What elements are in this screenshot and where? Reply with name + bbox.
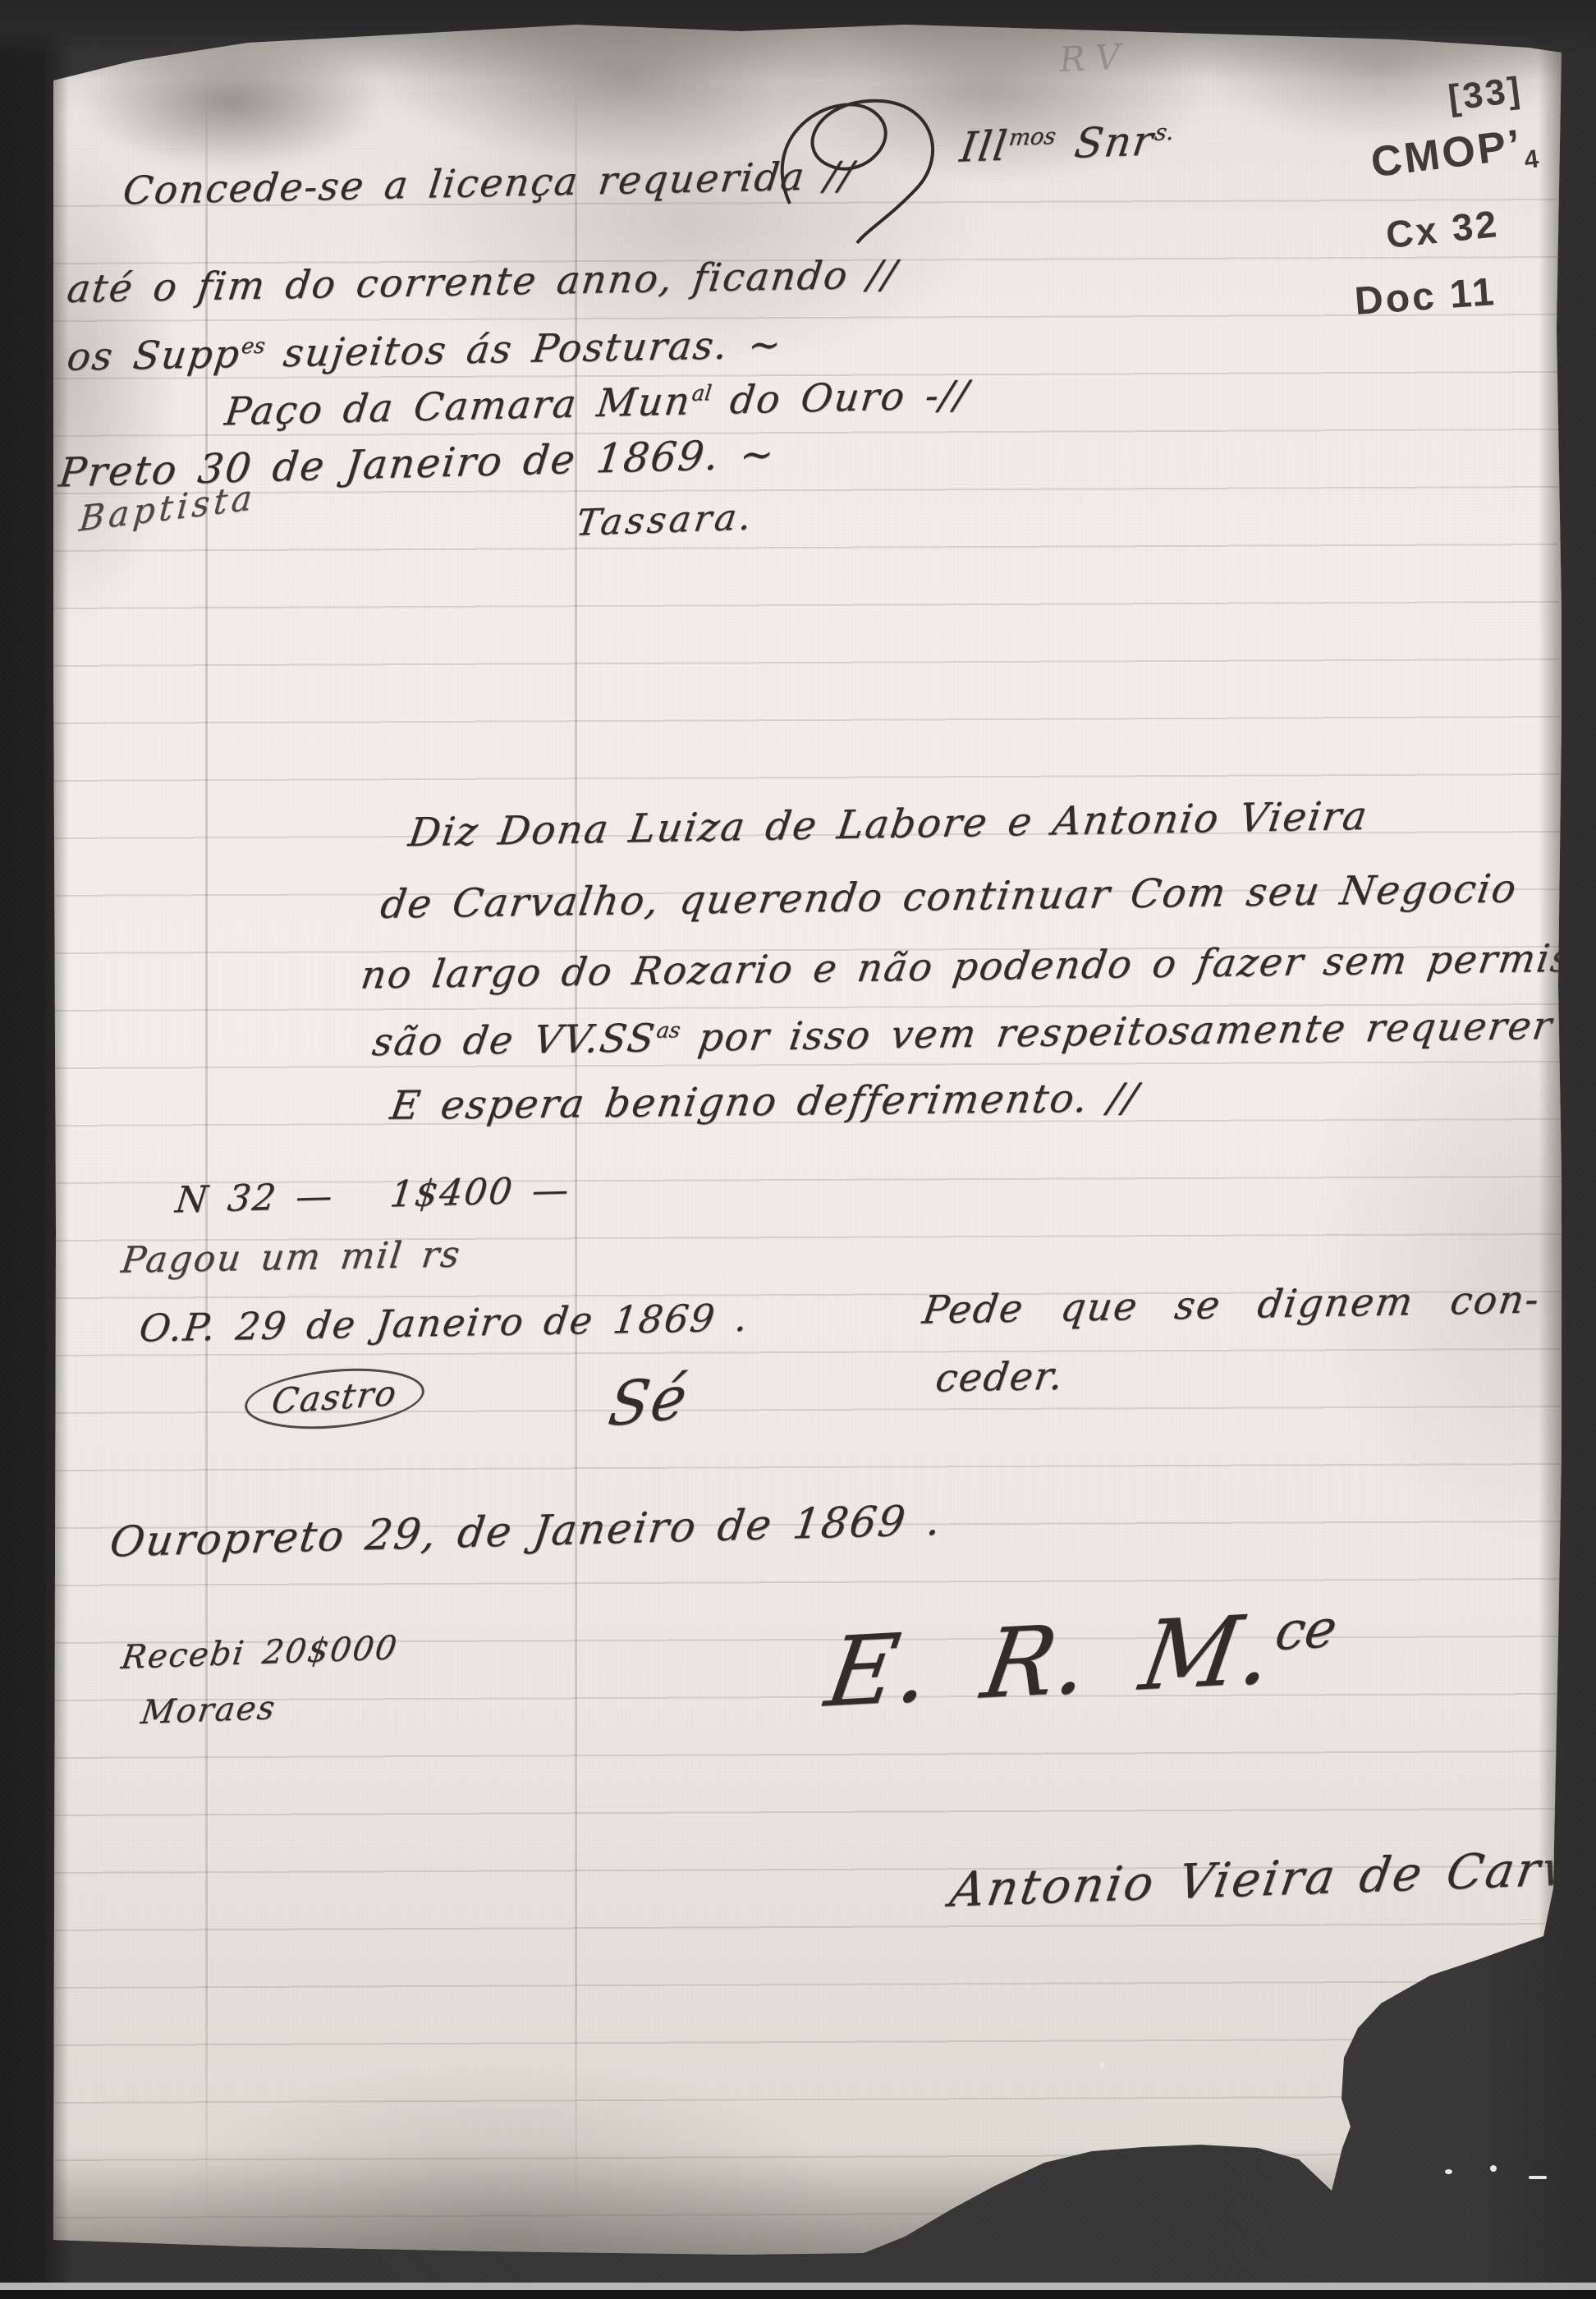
dust-speck: [1445, 2169, 1452, 2174]
scan-bottom-edge: [0, 2290, 1596, 2299]
dust-speck: [1490, 2165, 1497, 2172]
dust-speck: [1100, 2063, 1104, 2068]
paper-sheet: RV [33] CMOP’4 Cx 32 Doc 11 Concede-se a…: [51, 23, 1562, 2258]
scanner-light-strip: [0, 2283, 1596, 2290]
paper-edge-vignette: [51, 23, 1562, 2258]
scanned-document-page: RV [33] CMOP’4 Cx 32 Doc 11 Concede-se a…: [0, 0, 1596, 2299]
dust-speck: [1529, 2176, 1547, 2179]
